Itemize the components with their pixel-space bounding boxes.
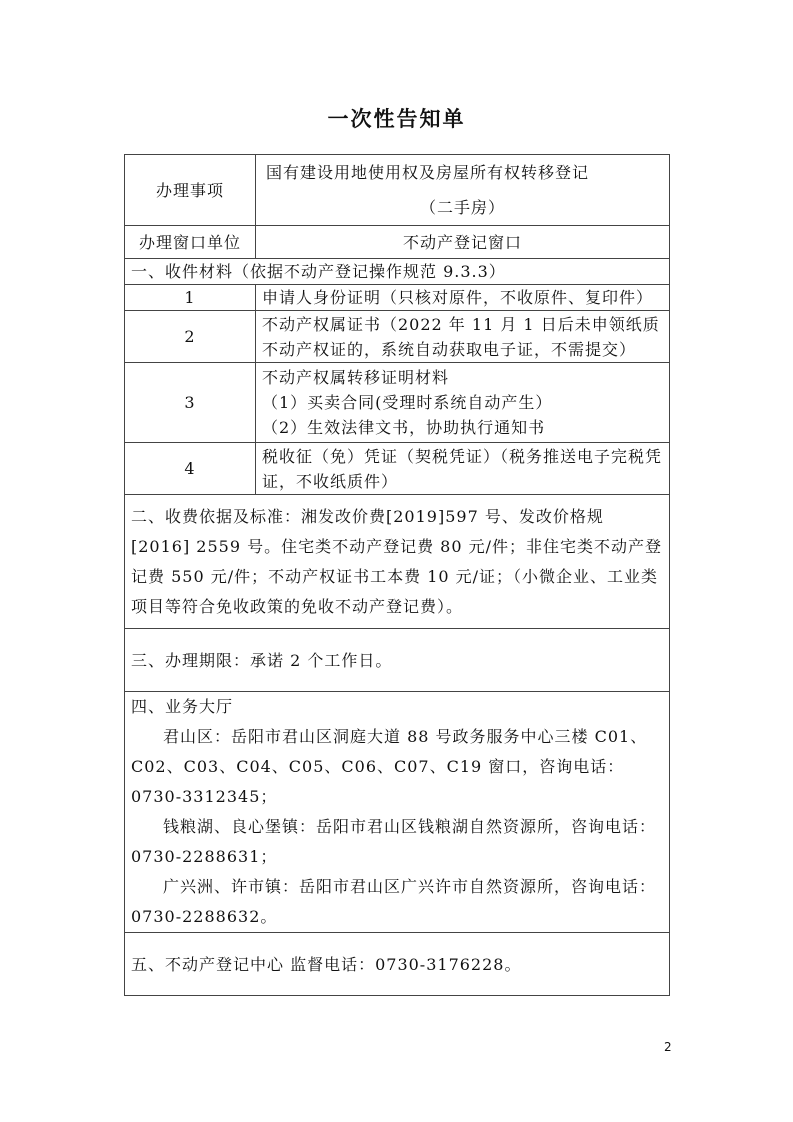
material-row: 2 不动产权属证书（2022 年 11 月 1 日后未申领纸质不动产权证的，系统… <box>125 311 670 363</box>
material-row: 1 申请人身份证明（只核对原件，不收原件、复印件） <box>125 285 670 311</box>
window-label: 办理窗口单位 <box>125 226 256 259</box>
materials-heading: 一、收件材料（依据不动产登记操作规范 9.3.3） <box>125 259 670 285</box>
fees-section: 二、收费依据及标准：湘发改价费[2019]597 号、发改价格规[2016] 2… <box>125 495 670 629</box>
material-line: 不动产权属转移证明材料 <box>262 365 663 390</box>
material-row: 3 不动产权属转移证明材料 （1）买卖合同(受理时系统自动产生） （2）生效法律… <box>125 363 670 443</box>
material-number: 4 <box>125 443 256 495</box>
material-number: 2 <box>125 311 256 363</box>
material-text: 不动产权属证书（2022 年 11 月 1 日后未申领纸质不动产权证的，系统自动… <box>256 311 670 363</box>
material-number: 1 <box>125 285 256 311</box>
item-label: 办理事项 <box>125 155 256 226</box>
material-text: 不动产权属转移证明材料 （1）买卖合同(受理时系统自动产生） （2）生效法律文书… <box>256 363 670 443</box>
halls-heading: 四、业务大厅 <box>131 692 663 722</box>
item-value-line1: 国有建设用地使用权及房屋所有权转移登记 <box>262 155 663 190</box>
hall-qianlianghu: 钱粮湖、良心堡镇：岳阳市君山区钱粮湖自然资源所，咨询电话：0730-228863… <box>131 812 663 872</box>
item-value: 国有建设用地使用权及房屋所有权转移登记 （二手房） <box>256 155 670 226</box>
material-line: （1）买卖合同(受理时系统自动产生） <box>262 390 663 415</box>
page-title: 一次性告知单 <box>0 103 793 133</box>
material-text: 税收征（免）凭证（契税凭证）（税务推送电子完税凭证，不收纸质件） <box>256 443 670 495</box>
material-line: （2）生效法律文书，协助执行通知书 <box>262 415 663 440</box>
material-text: 申请人身份证明（只核对原件，不收原件、复印件） <box>256 285 670 311</box>
material-number: 3 <box>125 363 256 443</box>
item-value-line2: （二手房） <box>262 190 663 225</box>
supervision-section: 五、不动产登记中心 监督电话：0730-3176228。 <box>125 933 670 996</box>
material-row: 4 税收征（免）凭证（契税凭证）（税务推送电子完税凭证，不收纸质件） <box>125 443 670 495</box>
window-value: 不动产登记窗口 <box>256 226 670 259</box>
notice-table: 办理事项 国有建设用地使用权及房屋所有权转移登记 （二手房） 办理窗口单位 不动… <box>124 154 670 996</box>
hall-junshan: 君山区：岳阳市君山区洞庭大道 88 号政务服务中心三楼 C01、C02、C03、… <box>131 722 663 812</box>
hall-guangxingzhou: 广兴洲、许市镇：岳阳市君山区广兴许市自然资源所，咨询电话：0730-228863… <box>131 872 663 932</box>
period-section: 三、办理期限：承诺 2 个工作日。 <box>125 629 670 692</box>
page-number: 2 <box>664 1040 672 1054</box>
halls-section: 四、业务大厅 君山区：岳阳市君山区洞庭大道 88 号政务服务中心三楼 C01、C… <box>125 692 670 933</box>
